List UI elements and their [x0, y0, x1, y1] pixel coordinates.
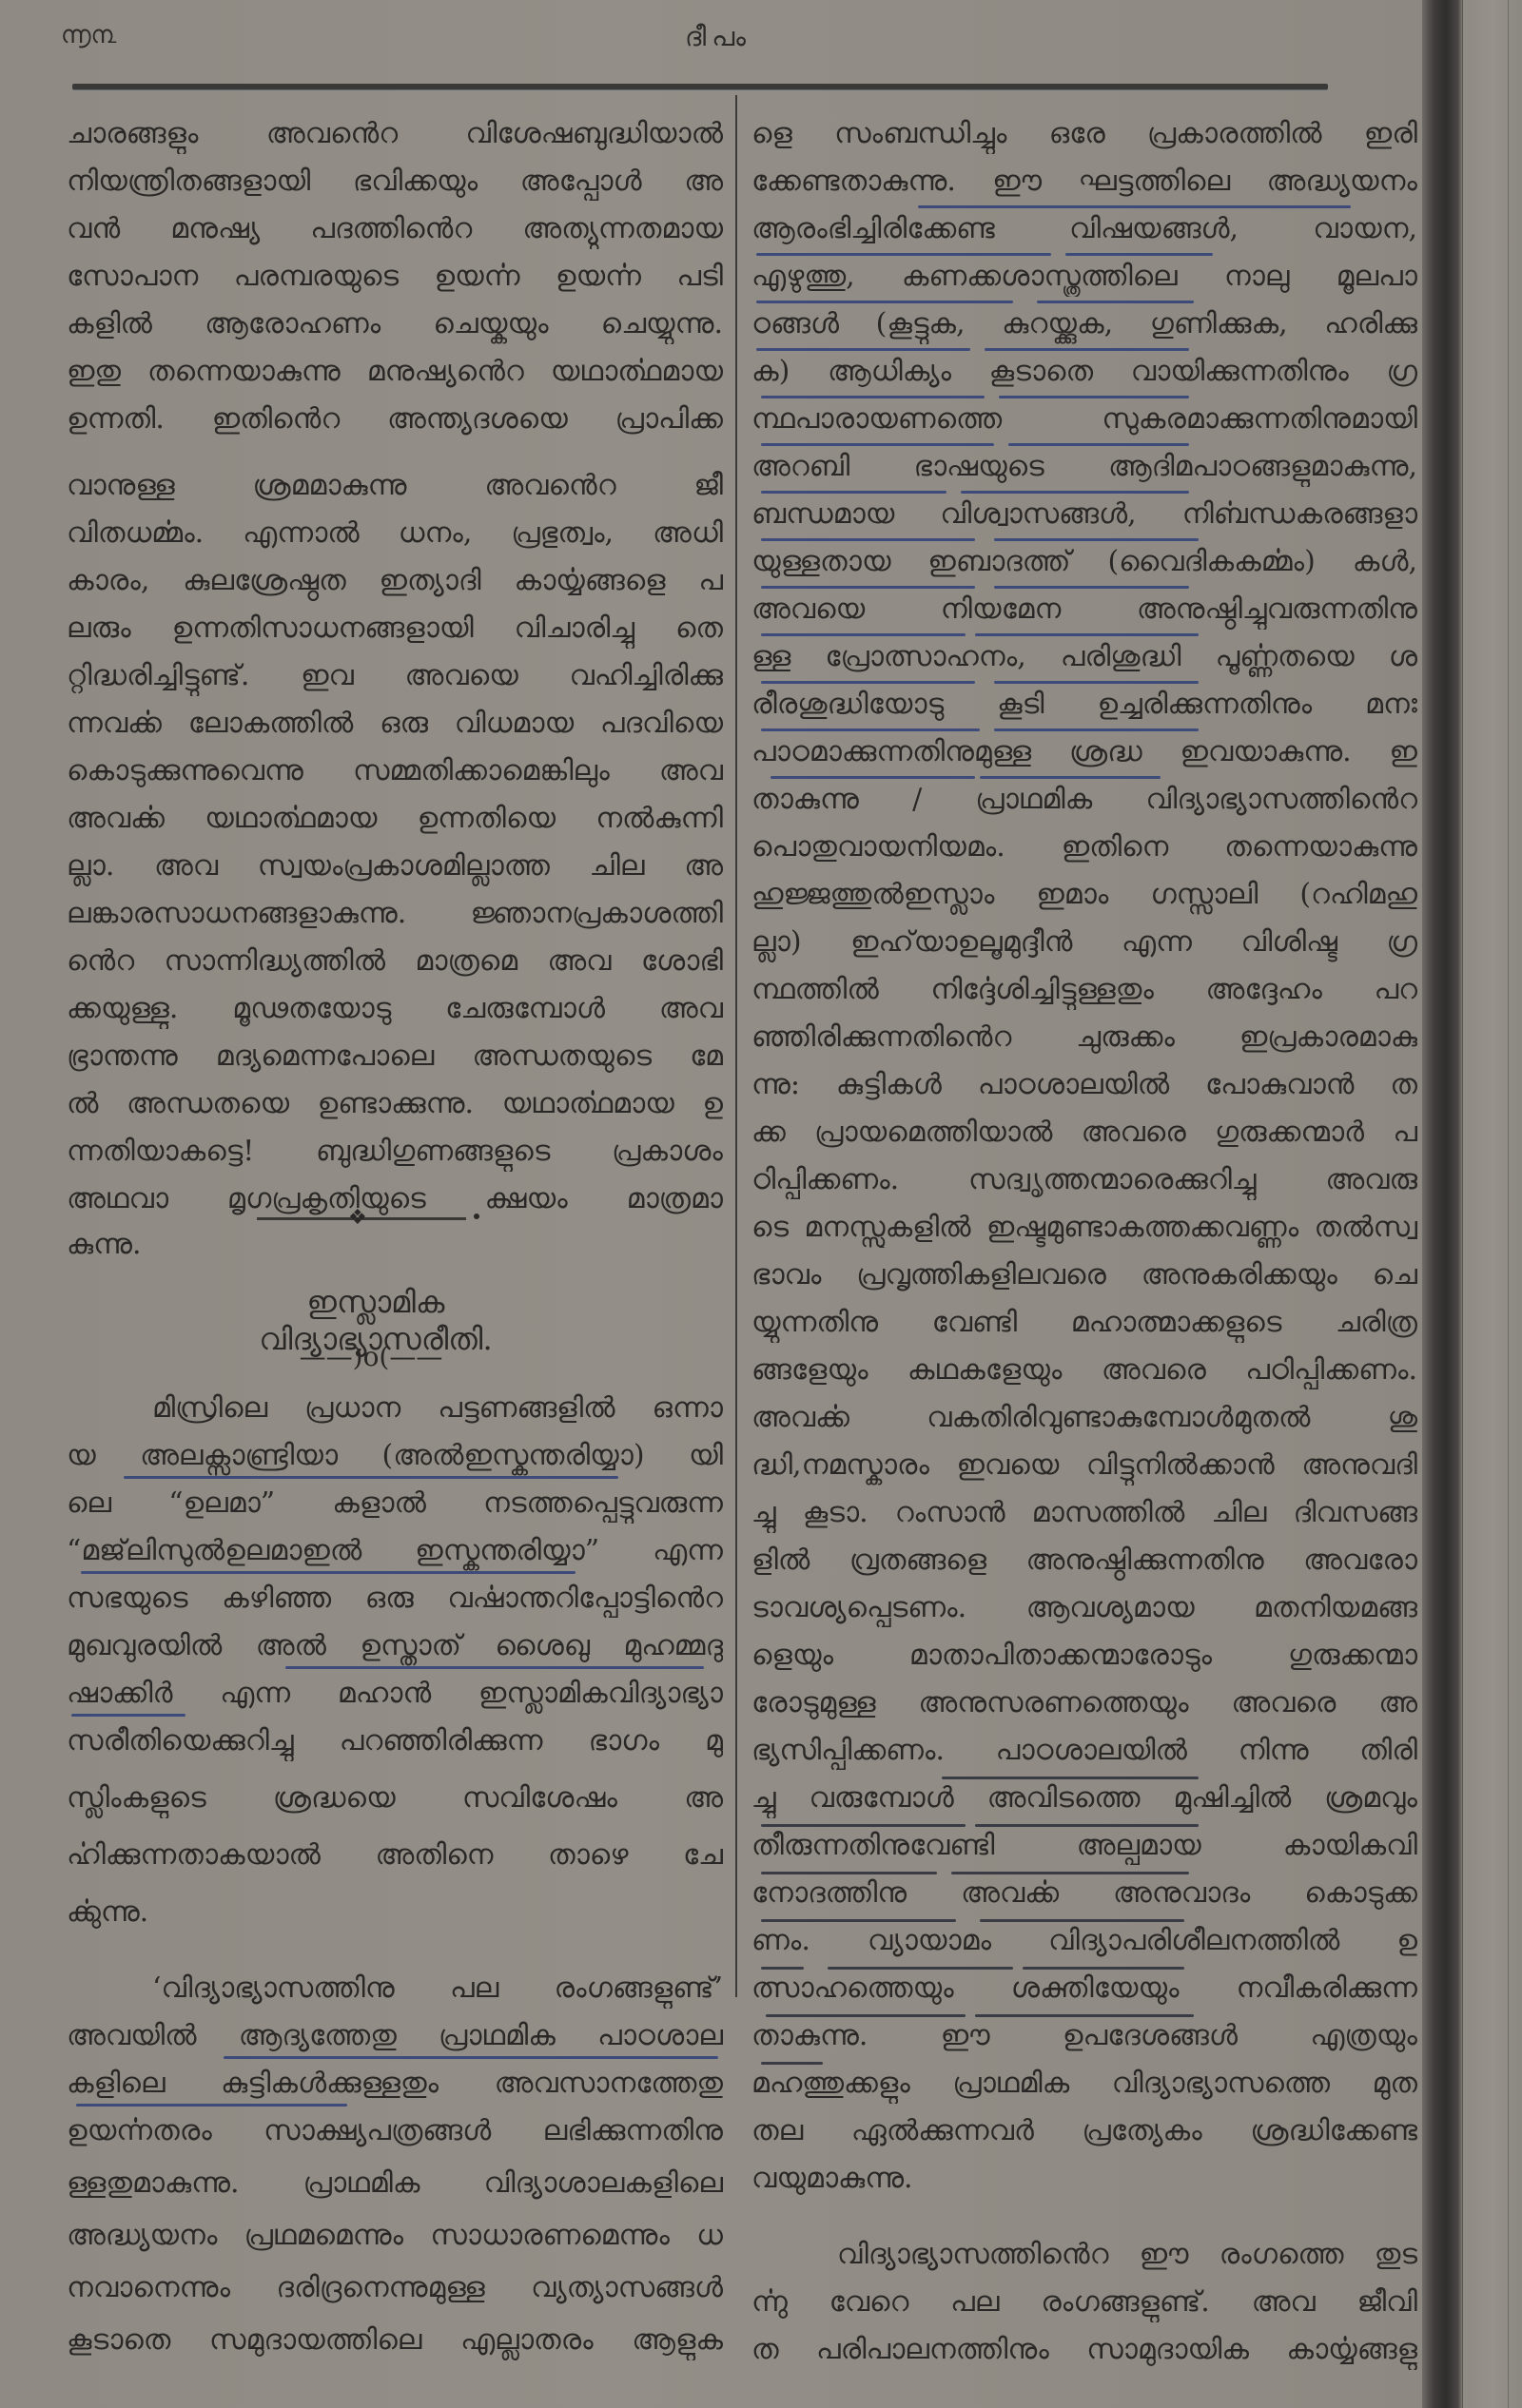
pen-underline [124, 1476, 618, 1479]
text-line: ഉയൎന്നതരം സാക്ഷ്യപത്രങ്ങൾ ലഭിക്കുന്നതിനു [67, 2111, 723, 2151]
page-edge-line [1508, 0, 1509, 2408]
text-line: ചാരങ്ങളും അവൻെറ വിശേഷബുദ്ധിയാൽ [67, 114, 723, 154]
text-line: പാഠമാക്കുന്നതിനുമുള്ള ശ്രദ്ധ ഇവയാകുന്നു.… [751, 732, 1417, 772]
text-line: താകുന്നു / പ്രാഥമിക വിദ്യാഭ്യാസത്തിൻെറ [751, 780, 1417, 820]
text-line: ളെ സംബന്ധിച്ചും ഒരേ പ്രകാരത്തിൽ ഇരി [751, 114, 1417, 154]
text-line: അറബി ഭാഷയുടെ ആദിമപാഠങ്ങളുമാകുന്നു, [751, 447, 1417, 487]
text-line: ഞ്ഞിരിക്കുന്നതിൻെറ ചുരുക്കം ഇപ്രകാരമാകു [751, 1018, 1417, 1058]
pen-underline [761, 586, 975, 589]
text-line: ന്ഥത്തിൽ നിൎദ്ദേശിച്ചിട്ടുള്ളതും അദ്ദേഹം… [751, 970, 1417, 1010]
text-line: ക) ആധിക്യം കൂടാതെ വായിക്കുന്നതിനും ഗ്ര [751, 352, 1417, 392]
text-line: ൽ അന്ധതയെ ഉണ്ടാക്കുന്നു. യഥാൎത്ഥമായ ഉ [67, 1084, 723, 1124]
column-divider [735, 95, 737, 1997]
text-line: ടാവശ്യപ്പെടണം. ആവശ്യമായ മതനിയമങ്ങ [751, 1588, 1417, 1628]
text-line: ‘വിദ്യാഭ്യാസത്തിനു പല രംഗങ്ങളുണ്ട്’ [67, 1969, 723, 2009]
text-line: കുന്നു. [67, 1225, 723, 1265]
pen-underline [975, 633, 1199, 636]
text-line: ആരംഭിച്ചിരിക്കേണ്ട വിഷയങ്ങൾ, വായന, [751, 209, 1417, 249]
text-line: ച്ചു വരുമ്പോൾ അവിടത്തെ മുഷിച്ചിൽ ശ്രമവും [751, 1778, 1417, 1818]
pen-underline [1008, 443, 1189, 446]
text-line: കളിൽ ആരോഹണം ചെയ്കയും ചെയ്യുന്നു. [67, 304, 723, 344]
pen-underline [994, 538, 1199, 541]
section-ornament-icon: ❖ [348, 1206, 367, 1230]
pen-underline [961, 491, 1189, 494]
text-line: യുള്ളതായ ഇബാദത്ത് (വൈദികകൎമ്മം) കൾ, [751, 542, 1417, 582]
text-line: ബന്ധമായ വിശ്വാസങ്ങൾ, നിൎബന്ധകരങ്ങളാ [751, 495, 1417, 534]
text-line: അഥവാ മൃഗപ്രകൃതിയുടെ ക്ഷയം മാത്രമാ [67, 1179, 723, 1219]
text-line: അവയിൽ ആദ്യത്തേതു പ്രാഥമിക പാഠശാല [67, 2016, 723, 2056]
pen-underline [756, 348, 970, 351]
text-line: ക്കേണ്ടതാകുന്നു. ഈ ഘട്ടത്തിലെ അദ്ധ്യയനം [751, 162, 1417, 202]
scanned-page: ൬൩ ദീപം ചാരങ്ങളും അവൻെറ വിശേഷബുദ്ധിയാൽ ന… [0, 0, 1522, 2408]
pen-underline [918, 205, 1351, 208]
text-line: അവൎക്ക യഥാൎത്ഥമായ ഉന്നതിയെ നൽകുന്നി [67, 799, 723, 839]
text-line: ഭ്യസിപ്പിക്കണം. പാഠശാലയിൽ നിന്നു തിരി [751, 1731, 1417, 1771]
text-line: സ്ലിംകളുടെ ശ്രദ്ധയെ സവിശേഷം അ [67, 1778, 723, 1818]
text-line: ഹുജ്ജത്തുൽഇസ്ലാം ഇമാം ഗസ്സാലി (റഹിമഹു [751, 875, 1417, 915]
text-line: വയുമാകുന്നു. [751, 2159, 1417, 2199]
text-line: തീരുന്നതിനുവേണ്ടി അല്പമായ കായികവി [751, 1826, 1417, 1866]
pen-underline [761, 443, 994, 446]
text-line: ല്ലാ) ഇഹ്‌യാഉലൂമുദ്ദീൻ എന്ന വിശിഷ്ട ഗ്ര [751, 922, 1417, 962]
text-line: ൎന്നു വേറെ പല രംഗങ്ങളുണ്ട്. അവ ജീവി [751, 2282, 1417, 2322]
pen-underline [985, 348, 1189, 351]
pen-underline [761, 491, 946, 494]
text-line: ഇതു തന്നെയാകുന്നു മനുഷ്യൻെറ യഥാൎത്ഥമായ [67, 352, 723, 392]
pen-underline [771, 776, 975, 779]
text-line: നവാനെന്നും ദരിദ്രനെന്നുമുള്ള വ്യത്യാസങ്ങ… [67, 2268, 723, 2308]
text-line: ഠങ്ങൾ (കൂട്ടുക, കുറയ്ക്കുക, ഗുണിക്കുക, ഹ… [751, 304, 1417, 344]
text-line: പൊതുവായനിയമം. ഇതിനെ തന്നെയാകുന്നു [751, 827, 1417, 867]
page-number: ൬൩ [61, 21, 116, 50]
text-line: കൂടാതെ സമുദായത്തിലെ എല്ലാതരം ആളുക [67, 2321, 723, 2360]
text-line: യ അലക്സാണ്ട്രിയാ (അൽഇസ്കന്തരിയ്യാ) യി [67, 1436, 723, 1476]
pen-underline [761, 396, 985, 398]
text-line: ള്ളതുമാകുന്നു. പ്രാഥമിക വിദ്യാശാലകളിലെ [67, 2164, 723, 2204]
text-line: ഠിപ്പിക്കണം. സദ്വൃത്തന്മാരെക്കുറിച്ചു അവ… [751, 1160, 1417, 1200]
text-line: കളിലെ കുട്ടികൾക്കുള്ളതും അവസാനത്തേതു [67, 2064, 723, 2104]
text-line: സഭയുടെ കഴിഞ്ഞ ഒരു വൎഷാന്തറിപ്പോട്ടിൻെറ [67, 1579, 723, 1619]
text-line: കാരം, കുലശ്രേഷ്ഠത ഇത്യാദി കാൎയ്യങ്ങളെ പ [67, 561, 723, 601]
text-line: ളെയും മാതാപിതാക്കന്മാരോടും ഗുരുക്കന്മാ [751, 1636, 1417, 1676]
text-line: മുഖവുരയിൽ അൽ ഉസ്താത് ശൈഖു മുഹമ്മദു [67, 1626, 723, 1666]
text-line: ണം. വ്യായാമം വിദ്യാപരിശീലനത്തിൽ ഉ [751, 1921, 1417, 1961]
pen-underline [761, 681, 975, 684]
pen-underline [756, 301, 1013, 303]
text-line: രോടുമുള്ള അനുസരണത്തെയും അവരെ അ [751, 1683, 1417, 1723]
text-line: വൻ മനുഷ്യ പദത്തിൻെറ അത്യുന്നതമായ [67, 209, 723, 249]
text-line: അദ്ധ്യയനം പ്രഥമമെന്നും സാധാരണമെന്നും ധ [67, 2216, 723, 2256]
pen-underline [761, 633, 966, 636]
text-line: ന്നതിയാകട്ടെ! ബുദ്ധിഗുണങ്ങളുടെ പ്രകാശം [67, 1132, 723, 1172]
text-line: മിസ്രിലെ പ്രധാന പട്ടണങ്ങളിൽ ഒന്നാ [67, 1388, 723, 1428]
pen-underline [980, 776, 1161, 779]
text-line: വിദ്യാഭ്യാസത്തിൻെറ ഈ രംഗത്തെ തുട [751, 2235, 1417, 2275]
text-line: ഷാക്കിർ എന്ന മഹാൻ ഇസ്ലാമികവിദ്യാഭ്യാ [67, 1674, 723, 1714]
pen-underline [999, 396, 1189, 398]
text-line: അവൎക്ക വകതിരിവുണ്ടാകുമ്പോൾമുതൽ ശു [751, 1398, 1417, 1438]
pen-underline [994, 586, 1189, 589]
text-line: സരീതിയെക്കുറിച്ചു പറഞ്ഞിരിക്കുന്ന ഭാഗം മ… [67, 1721, 723, 1761]
text-line: നിയന്ത്രിതങ്ങളായി ഭവിക്കയും അപ്പോൾ അ [67, 162, 723, 202]
pen-underline [756, 253, 1051, 256]
text-line: സോപാന പരമ്പരയുടെ ഉയൎന്ന ഉയൎന്ന പടി [67, 257, 723, 297]
text-line: ഭ്രാന്തന്നു മദ്യമെന്നപോലെ അന്ധതയുടെ മേ [67, 1037, 723, 1077]
text-line: ത പരിപാലനത്തിനും സാമുദായിക കാൎയ്യങ്ങളു [751, 2330, 1417, 2370]
text-line: എഴുത്തു, കണക്കശാസ്ത്രത്തിലെ നാലു മൂലപാ [751, 257, 1417, 297]
text-line: ൎക്കുന്നു. [67, 1893, 723, 1932]
text-line: കൊടുക്കുന്നുവെന്നു സമ്മതിക്കാമെങ്കിലും അ… [67, 751, 723, 791]
text-line: ലെ “ഉലമാ” കളാൽ നടത്തപ്പെട്ടുവരുന്ന [67, 1484, 723, 1524]
text-line: യ്യുന്നതിനു വേണ്ടി മഹാത്മാക്കളുടെ ചരിത്ര [751, 1303, 1417, 1343]
text-line: ക്കയുള്ളു. മൂഢതയോടു ചേരുമ്പോൾ അവ [67, 989, 723, 1029]
text-line: ന്നു: കുട്ടികൾ പാഠശാലയിൽ പോകുവാൻ ത [751, 1065, 1417, 1105]
text-line: വിതധൎമ്മം. എന്നാൽ ധനം, പ്രഭുത്വം, അധി [67, 514, 723, 553]
running-title: ദീപം [685, 21, 875, 53]
text-line: ല്ലാ. അവ സ്വയംപ്രകാശമില്ലാത്ത ചില അ [67, 846, 723, 886]
pen-underline [994, 681, 1199, 684]
text-line: ളിൽ വ്രതങ്ങളെ അനുഷ്ഠിക്കുന്നതിനു അവരോ [751, 1541, 1417, 1581]
pen-underline [761, 538, 975, 541]
text-line: ലരും ഉന്നതിസാധനങ്ങളായി വിചാരിച്ചു തെ [67, 609, 723, 649]
text-line: വാനുള്ള ശ്രമമാകുന്നു അവൻെറ ജീ [67, 466, 723, 506]
text-line: ച്ചു കൂടാ. റംസാൻ മാസത്തിൽ ചില ദിവസങ്ങ [751, 1493, 1417, 1533]
pen-underline [761, 728, 980, 731]
text-line: ള്ള പ്രോത്സാഹനം, പരിശുദ്ധി പൂൎണ്ണതയെ ശ [751, 637, 1417, 677]
text-line: മഹത്തുക്കളും പ്രാഥമിക വിദ്യാഭ്യാസത്തെ മു… [751, 2064, 1417, 2104]
text-line: നോദത്തിനു അവൎക്ക അനുവാദം കൊടുക്ക [751, 1874, 1417, 1913]
text-line: ക്ക പ്രായമെത്തിയാൽ അവരെ ഗുരുക്കന്മാർ പ [751, 1113, 1417, 1153]
text-line: അവയെ നിയമേന അനുഷ്ഠിച്ചുവരുന്നതിനു [751, 590, 1417, 630]
text-line: താകുന്നു. ഈ ഉപദേശങ്ങൾ എത്രയും [751, 2016, 1417, 2056]
text-line: ഭാവം പ്രവൃത്തികളിലവരെ അനുകരിക്കയും ചെ [751, 1255, 1417, 1295]
section-separator: ——)o(—— [238, 1341, 504, 1372]
text-line: ൎഹിക്കുന്നതാകയാൽ അതിനെ താഴെ ചേ [67, 1835, 723, 1875]
text-line: റ്റിദ്ധരിച്ചിട്ടുണ്ട്. ഇവ അവയെ വഹിച്ചിരി… [67, 656, 723, 696]
pen-underline [994, 728, 1199, 731]
text-line: ന്നവൎക്ക ലോകത്തിൽ ഒരു വിധമായ പദവിയെ [67, 704, 723, 744]
pen-underline [1065, 253, 1213, 256]
pen-underline [1037, 301, 1194, 303]
header-rule [72, 84, 1328, 89]
text-line: ങ്ങളേയും കഥകളേയും അവരെ പഠിപ്പിക്കണം. [751, 1350, 1417, 1390]
page-edge [1462, 0, 1522, 2408]
pen-underline [71, 1714, 185, 1717]
text-line: രീരശുദ്ധിയോടു കൂടി ഉച്ചരിക്കുന്നതിനും മന… [751, 685, 1417, 725]
text-line: ന്ഥപാരായണത്തെ സുകരമാക്കുന്നതിനുമായി [751, 399, 1417, 439]
text-line: ഉന്നതി. ഇതിൻെറ അന്ത്യദശയെ പ്രാപിക്ക [67, 399, 723, 439]
section-ornament-dot [474, 1214, 479, 1219]
pen-underline [285, 1666, 704, 1669]
binding-shadow [1422, 0, 1462, 2408]
pen-underline [224, 2056, 718, 2059]
text-line: തല ഏൽക്കുന്നവർ പ്രത്യേകം ശ്രദ്ധിക്കേണ്ട [751, 2111, 1417, 2151]
pen-underline [81, 1571, 576, 1574]
text-line: ൻെറ സാന്നിദ്ധ്യത്തിൽ മാത്രമെ അവ ശോഭി [67, 942, 723, 981]
text-line: ലങ്കാരസാധനങ്ങളാകുന്നു. ജ്ഞാനപ്രകാശത്തി [67, 894, 723, 934]
text-line: “മജ്‌ലിസുൽഉലമാഇൽ ഇസ്കന്തരിയ്യാ” എന്ന [67, 1531, 723, 1571]
pen-underline [76, 2104, 347, 2107]
text-line: ദ്ധി,നമസ്കാരം ഇവയെ വിട്ടുനിൽക്കാൻ അനുവദി [751, 1446, 1417, 1486]
text-line: ടെ മനസ്സുകളിൽ ഇഷ്ടമുണ്ടാകത്തക്കവണ്ണം തൽസ… [751, 1208, 1417, 1248]
text-line: ത്സാഹത്തെയും ശക്തിയേയും നവീകരിക്കുന്ന [751, 1969, 1417, 2009]
